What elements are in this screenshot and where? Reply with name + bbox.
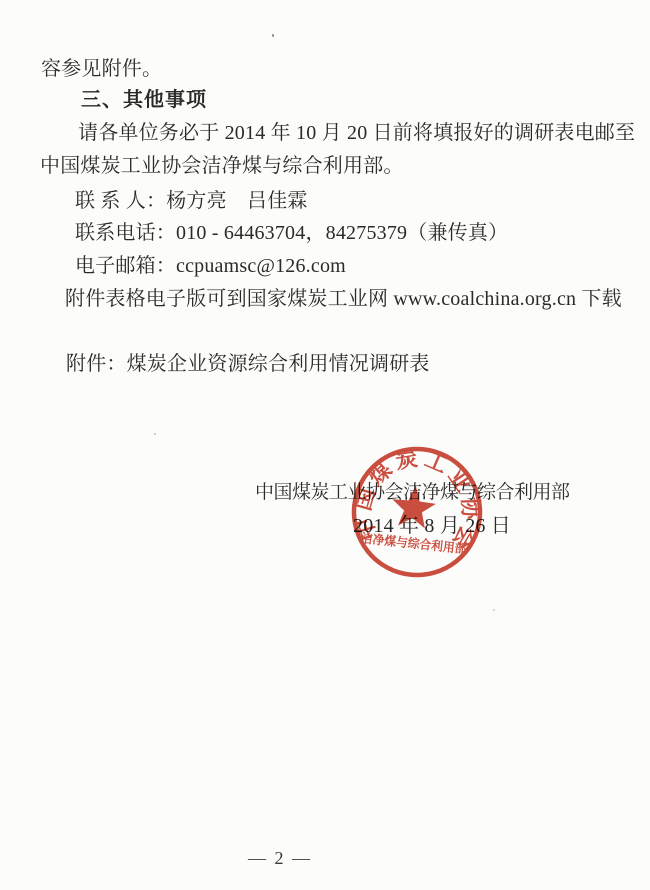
scan-speck (493, 609, 495, 611)
download-note-line: 附件表格电子版可到国家煤炭工业网 www.coalchina.org.cn 下载 (65, 288, 622, 310)
contact-phone-line: 联系电话：010 - 64463704，84275379（兼传真） (75, 222, 508, 244)
scan-speck (154, 433, 156, 435)
paragraph-line-1: 请各单位务必于 2014 年 10 月 20 日前将填报好的调研表电邮至 (78, 122, 635, 144)
contact-person-line: 联 系 人：杨方亮 吕佳霖 (75, 190, 308, 212)
document-page: 容参见附件。 三、其他事项 请各单位务必于 2014 年 10 月 20 日前将… (0, 0, 650, 890)
star-icon (390, 483, 438, 529)
page-number: — 2 — (248, 849, 312, 869)
scan-speck (272, 34, 274, 37)
paragraph-line-2: 中国煤炭工业协会洁净煤与综合利用部。 (40, 155, 404, 177)
official-seal: 中国煤炭工业协会 洁净煤与综合利用部 (337, 432, 497, 592)
section-heading: 三、其他事项 (81, 89, 207, 111)
attachment-line: 附件：煤炭企业资源综合利用情况调研表 (66, 353, 430, 375)
contact-email-line: 电子邮箱：ccpuamsc@126.com (75, 255, 346, 277)
continuation-line: 容参见附件。 (41, 58, 162, 80)
